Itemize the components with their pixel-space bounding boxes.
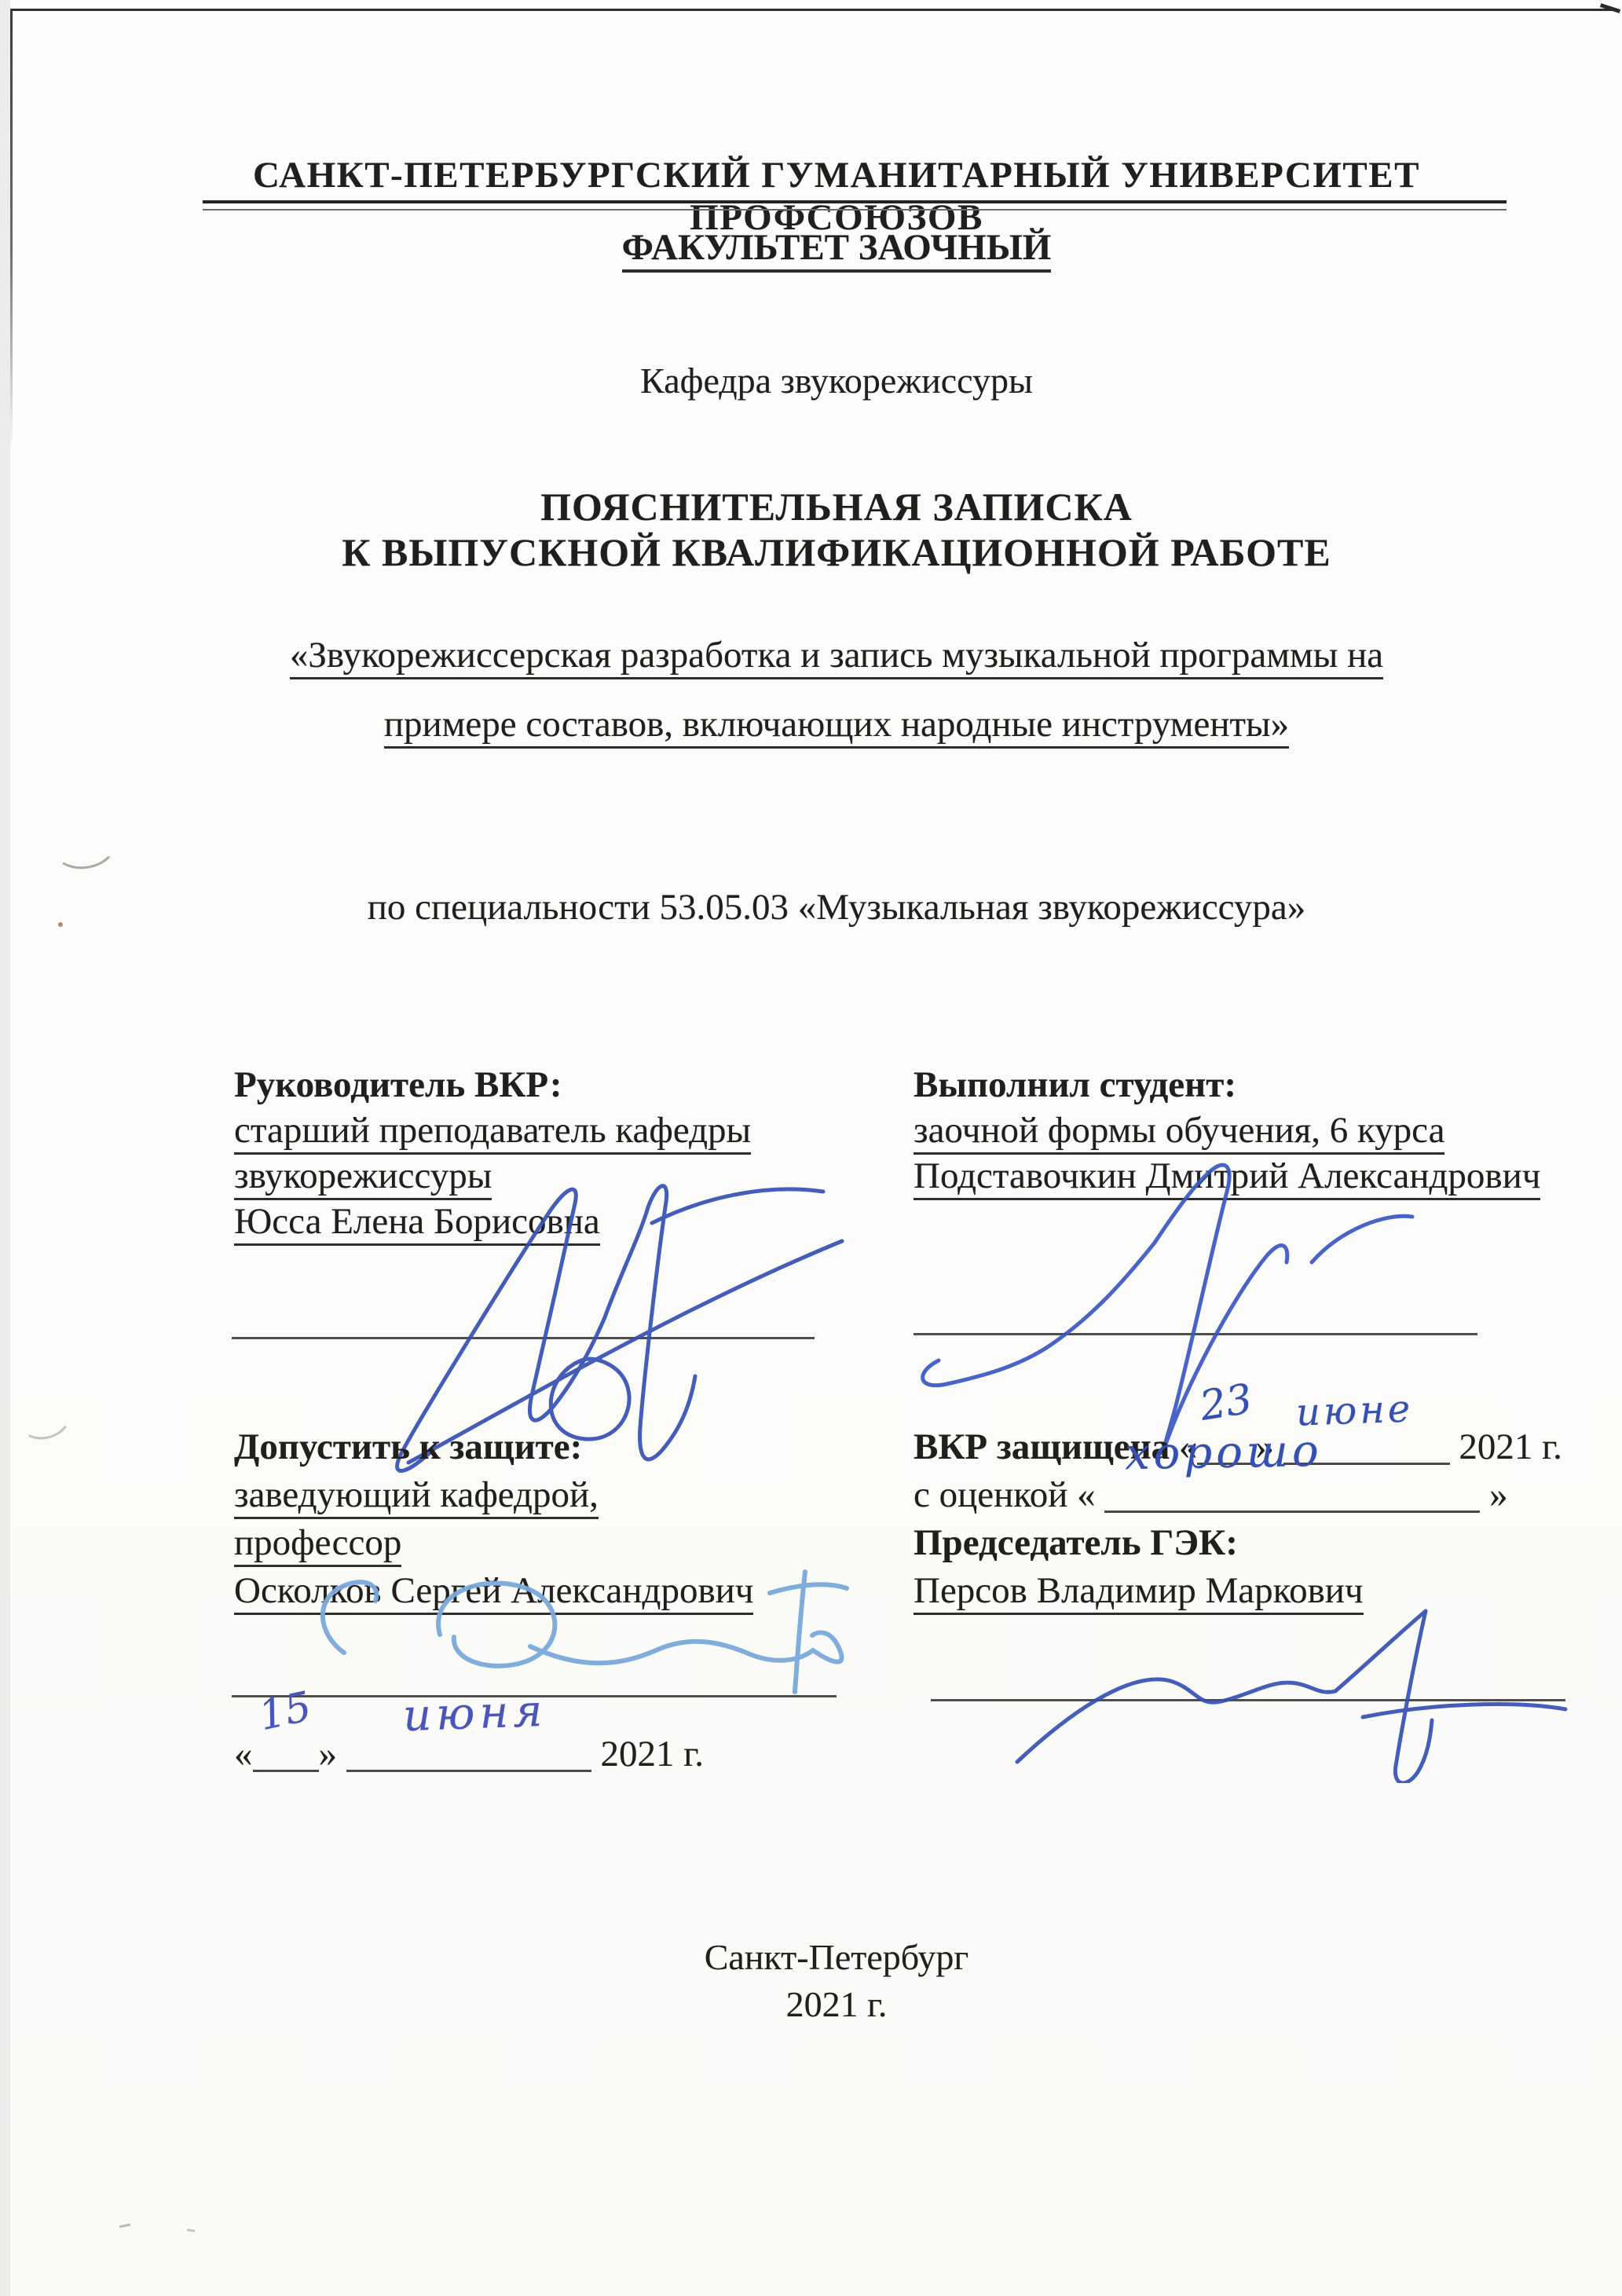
scan-arc-artifact: [13, 1391, 75, 1445]
thesis-title-line1: «Звукорежиссерская разработка и запись м…: [290, 635, 1383, 679]
grade-suffix: »: [1489, 1474, 1508, 1515]
chairman-signature: [986, 1585, 1571, 1783]
grade-blank: хорошо: [1104, 1474, 1480, 1513]
admission-date-row: «15» июня 2021 г.: [234, 1733, 704, 1775]
grade-prefix: с оценкой «: [914, 1474, 1096, 1515]
faculty-name: ФАКУЛЬТЕТ ЗАОЧНЫЙ: [189, 226, 1485, 269]
scan-speck: [187, 2228, 195, 2232]
footer-city: Санкт-Петербург: [189, 1934, 1485, 1981]
document-title: ПОЯСНИТЕЛЬНАЯ ЗАПИСКА К ВЫПУСКНОЙ КВАЛИФ…: [189, 484, 1485, 575]
open-quote: «: [234, 1734, 253, 1774]
admission-year: 2021 г.: [601, 1734, 704, 1774]
thesis-title-line2: примере составов, включающих народные ин…: [384, 704, 1289, 749]
scan-border-left: [10, 9, 13, 449]
footer-year: 2021 г.: [189, 1981, 1485, 2028]
handwritten-grade: хорошо: [1125, 1427, 1324, 1478]
scan-arc-artifact: [49, 818, 119, 873]
chairman-label: Председатель ГЭК:: [914, 1519, 1613, 1567]
scanned-thesis-title-page: САНКТ-ПЕТЕРБУРГСКИЙ ГУМАНИТАРНЫЙ УНИВЕРС…: [0, 0, 1622, 2296]
thesis-title: «Звукорежиссерская разработка и запись м…: [189, 621, 1485, 759]
scan-border-top: [10, 9, 1613, 11]
footer: Санкт-Петербург 2021 г.: [189, 1934, 1485, 2028]
handwritten-admission-day: 15: [254, 1683, 315, 1740]
scan-edge-band: [0, 0, 10, 2296]
scan-speck: [58, 922, 63, 927]
admission-label: Допустить к защите:: [234, 1423, 862, 1471]
handwritten-defense-day: 23: [1197, 1375, 1256, 1431]
admission-position-line1: заведующий кафедрой,: [234, 1474, 599, 1519]
specialty-line: по специальности 53.05.03 «Музыкальная з…: [189, 886, 1485, 928]
header-rule: [203, 200, 1507, 211]
document-title-line1: ПОЯСНИТЕЛЬНАЯ ЗАПИСКА: [189, 484, 1485, 529]
scan-speck: [119, 2224, 130, 2228]
grade-row: с оценкой « хорошо »: [914, 1471, 1613, 1519]
admission-day-blank: 15: [253, 1734, 319, 1772]
admission-month-blank: июня: [346, 1734, 591, 1772]
supervisor-label: Руководитель ВКР:: [234, 1062, 847, 1108]
admission-signature: [251, 1560, 856, 1720]
defense-year: 2021 г.: [1459, 1426, 1562, 1467]
handwritten-admission-month: июня: [402, 1686, 548, 1741]
close-quote: »: [319, 1734, 338, 1774]
department-name: Кафедра звукорежиссуры: [189, 360, 1485, 401]
document-title-line2: К ВЫПУСКНОЙ КВАЛИФИКАЦИОННОЙ РАБОТЕ: [189, 529, 1485, 575]
student-label: Выполнил студент:: [914, 1062, 1542, 1108]
faculty-name-text: ФАКУЛЬТЕТ ЗАОЧНЫЙ: [622, 227, 1052, 273]
